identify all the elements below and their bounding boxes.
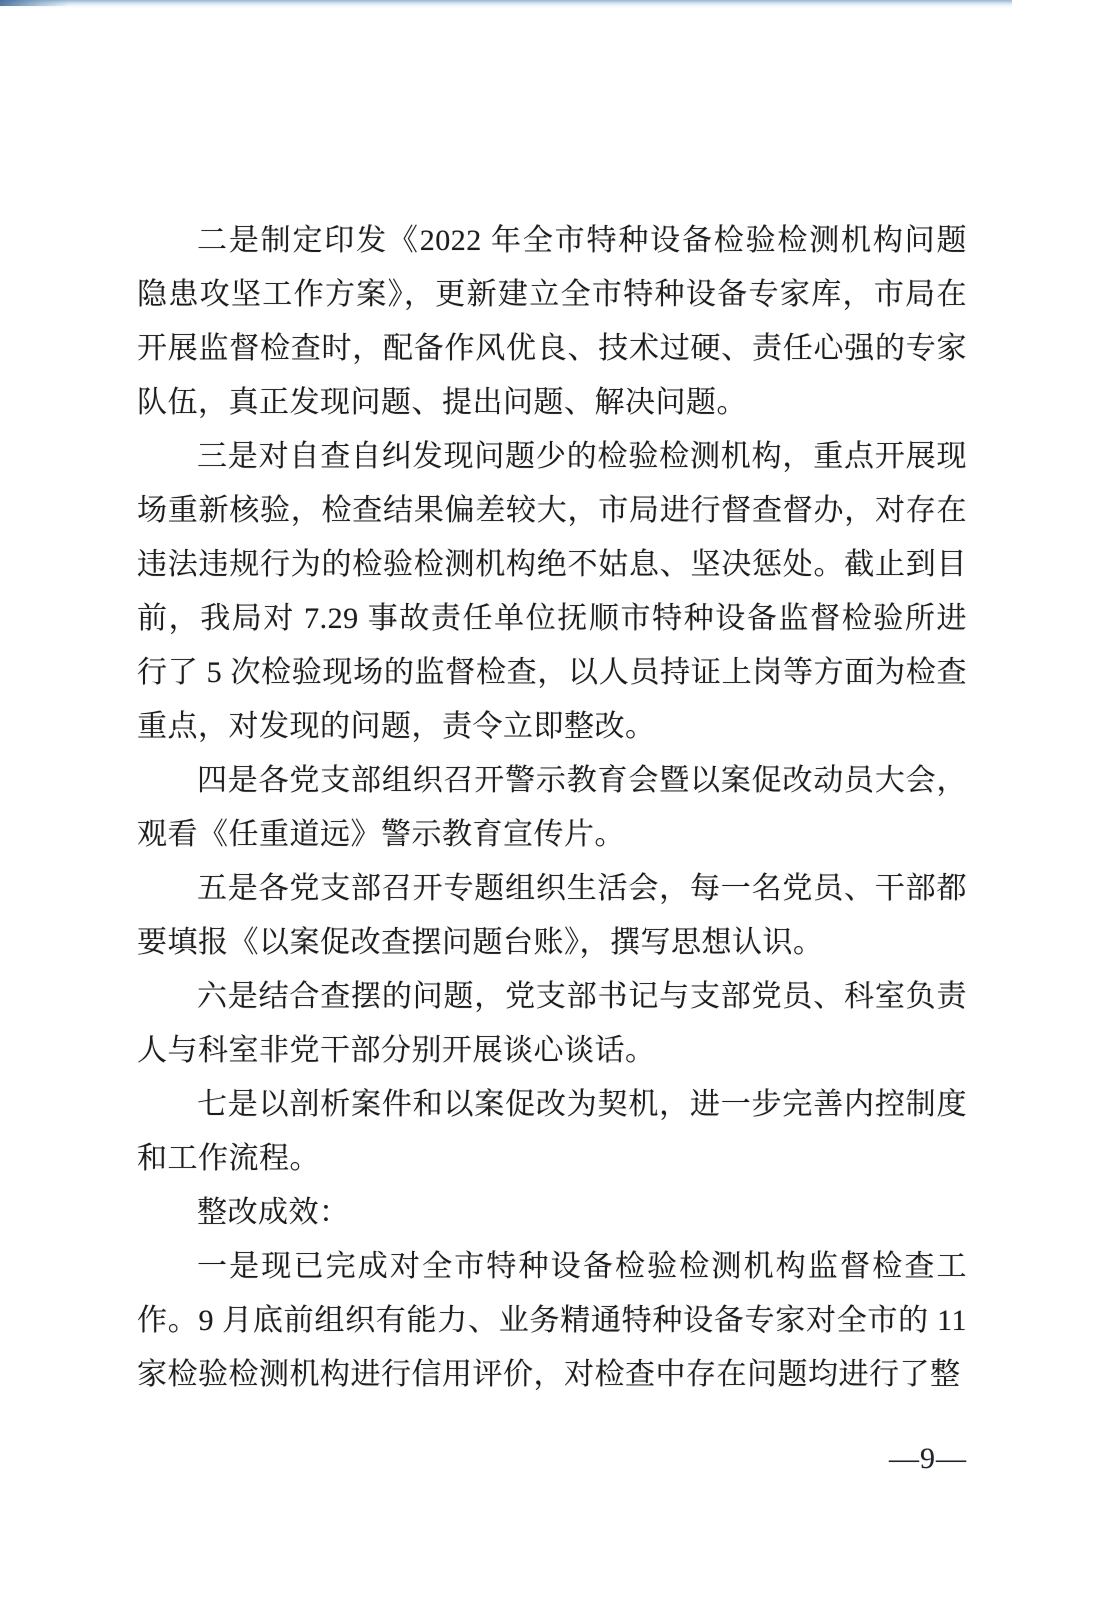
- paragraph: 四是各党支部组织召开警示教育会暨以案促改动员大会，观看《任重道远》警示教育宣传片…: [137, 754, 967, 862]
- page-number: —9—: [889, 1442, 967, 1476]
- paragraph: 二是制定印发《2022 年全市特种设备检验检测机构问题隐患攻坚工作方案》，更新建…: [137, 214, 967, 430]
- paragraph: 三是对自查自纠发现问题少的检验检测机构，重点开展现场重新核验，检查结果偏差较大，…: [137, 430, 967, 754]
- paragraph: 一是现已完成对全市特种设备检验检测机构监督检查工作。9 月底前组织有能力、业务精…: [137, 1240, 967, 1402]
- paragraph: 六是结合查摆的问题，党支部书记与支部党员、科室负责人与科室非党干部分别开展谈心谈…: [137, 970, 967, 1078]
- scan-edge-artifact: [0, 0, 1012, 9]
- paragraph: 整改成效：: [137, 1186, 967, 1240]
- document-page: 二是制定印发《2022 年全市特种设备检验检测机构问题隐患攻坚工作方案》，更新建…: [0, 0, 1114, 1600]
- document-body: 二是制定印发《2022 年全市特种设备检验检测机构问题隐患攻坚工作方案》，更新建…: [137, 214, 967, 1402]
- paragraph: 七是以剖析案件和以案促改为契机，进一步完善内控制度和工作流程。: [137, 1078, 967, 1186]
- scan-edge-corner-artifact: [0, 0, 70, 6]
- paragraph: 五是各党支部召开专题组织生活会，每一名党员、干部都要填报《以案促改查摆问题台账》…: [137, 862, 967, 970]
